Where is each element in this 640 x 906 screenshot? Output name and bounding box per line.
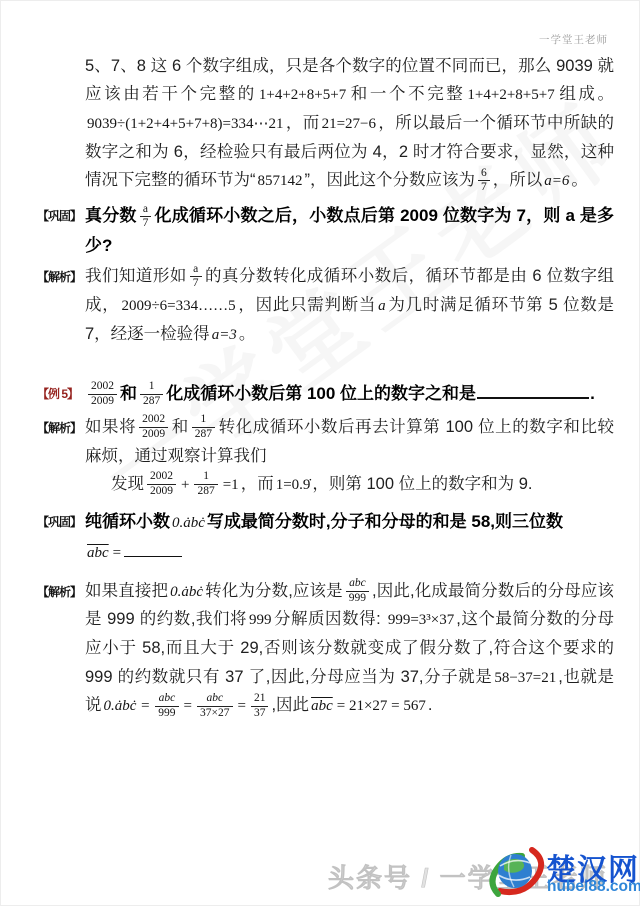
math-expression: 857142 [256,173,305,189]
fraction-denominator: 2009 [147,485,176,499]
solution-label: 【解析】 [37,582,81,603]
site-url: hubei88.com [547,878,640,896]
body-text: 和一个不完整 [348,85,465,103]
body-text: 转化为分数,应该是 [205,582,343,600]
fraction-denominator: 999 [155,707,178,721]
body-text: ，因此只需判断当 [238,296,376,314]
math-expression: a=6 [542,173,571,189]
solution-text-part1: 如果将20022009和1287转化成循环小数后再去计算第 100 位上的数字和… [85,413,614,470]
fraction-numerator: 6 [478,167,490,182]
page-header-author: 一学堂王老师 [539,32,608,47]
fraction-numerator: abc [155,692,178,707]
fraction: a7 [190,263,202,292]
fraction-denominator: 37 [251,707,269,721]
fraction-denominator: 7 [190,277,202,291]
fraction: abc37×27 [197,692,233,721]
math-expression: 2009÷6=334……5 [119,298,237,314]
body-text: ，所以 [493,171,543,189]
fraction-numerator: a [140,203,152,218]
fraction-numerator: 1 [194,470,217,485]
fraction: 1287 [192,413,215,442]
fraction: 1287 [194,470,217,499]
fraction: abc999 [155,692,178,721]
solution-label: 【解析】 [37,267,81,288]
solution-paragraph-1: 【解析】 我们知道形如a7的真分数转化成循环小数后，循环节都是由 6 位数字组成… [37,262,614,349]
fraction-denominator: 287 [194,485,217,499]
overline-number: abc [85,545,111,561]
problem-text: . [590,384,595,403]
answer-blank [477,382,589,399]
fraction-numerator: 2002 [139,413,168,428]
fraction-denominator: 2009 [139,428,168,442]
practice-label: 【巩固】 [37,206,81,227]
fraction-denominator: 287 [192,428,215,442]
math-expression: 1+4+2+8+5+7 [257,87,348,103]
math-expression: 1=0.9̇ [274,477,313,493]
practice-problem-2: 【巩固】 纯循环小数0.ȧbċ写成最简分数时,分子和分母的和是 58,则三位数 … [37,507,614,567]
fraction-numerator: abc [197,692,233,707]
fraction-numerator: abc [346,577,369,592]
body-text: 。 [239,325,256,343]
body-text: 组成。 [557,85,614,103]
math-expression: a=3 [210,327,239,343]
site-logo-globe-icon [486,844,548,904]
repeating-decimal-notation: 0.ȧbċ = [102,698,153,714]
body-text: 我们知道形如 [85,267,187,285]
solution-paragraph-2: 【解析】 如果将20022009和1287转化成循环小数后再去计算第 100 位… [37,413,614,499]
body-text: 分解质因数得: [273,610,385,628]
answer-blank [124,541,182,557]
body-text: ”，因此这个分数应该为 [305,171,476,189]
problem-text-line2: abc= [85,537,614,567]
math-operator: + [179,477,191,493]
fraction: a7 [140,203,152,232]
math-expression: =1 [221,477,241,493]
body-text: 和 [171,418,189,436]
solution-continuation-paragraph: 5、7、8 这 6 个数字组成，只是各个数字的位置不同而已，那么 9039 就应… [37,52,614,195]
body-text: 如果将 [85,418,136,436]
fraction-denominator: 999 [346,592,369,606]
body-text: . [428,696,433,714]
fraction-numerator: 1 [192,413,215,428]
problem-text: 写成最简分数时,分子和分母的和是 58,则三位数 [207,512,563,531]
solution-text-part2: 发现20022009+1287=1，而1=0.9̇，则第 100 位上的数字和为… [111,470,614,499]
math-operator: = [236,698,248,714]
repeating-decimal-notation: 0.ȧbċ [168,584,205,600]
document-content: 5、7、8 这 6 个数字组成，只是各个数字的位置不同而已，那么 9039 就应… [37,52,614,720]
overline-number: abc [309,698,335,714]
math-operator: = [111,545,123,561]
fraction-numerator: 1 [140,380,163,395]
fraction: 20022009 [139,413,168,442]
fraction: 1287 [140,380,163,409]
problem-text: 化成循环小数后第 100 位上的数字之和是 [166,384,476,403]
math-number: 999 [247,612,274,628]
fraction-denominator: 7 [140,217,152,231]
fraction: 20022009 [147,470,176,499]
fraction: abc999 [346,577,369,606]
body-text: 发现 [111,475,144,493]
problem-text-line1: 纯循环小数0.ȧbċ写成最简分数时,分子和分母的和是 58,则三位数 [85,507,614,537]
fraction-denominator: 2009 [88,395,117,409]
math-expression: 21=27−6 [320,116,378,132]
fraction-denominator: 7 [478,181,490,195]
fraction: 2137 [251,692,269,721]
math-expression: 999=3³×37 [386,612,456,628]
math-expression: 1+4+2+8+5+7 [465,87,556,103]
fraction-numerator: 2002 [88,380,117,395]
fraction-denominator: 287 [140,395,163,409]
fraction: 67 [478,167,490,196]
fraction-denominator: 37×27 [197,707,233,721]
solution-paragraph-3: 【解析】 如果直接把0.ȧbċ转化为分数,应该是abc999,因此,化成最简分数… [37,577,614,721]
example-problem-5: 【例 5】 20022009和1287化成循环小数后第 100 位上的数字之和是… [37,379,614,409]
math-operator: = [182,698,194,714]
page-footer: 头条号 / 一学堂王老师 楚汉网 hubei88.com [0,842,640,906]
example-label: 【例 5】 [37,384,78,405]
problem-text: 纯循环小数 [85,512,170,531]
fraction: 20022009 [88,380,117,409]
fraction-numerator: 21 [251,692,269,707]
solution-label: 【解析】 [37,418,81,439]
document-page: 一学堂王老师 一学堂王老师 5、7、8 这 6 个数字组成，只是各个数字的位置不… [0,0,640,906]
body-text: ，而 [285,114,319,132]
problem-text: 真分数 [85,206,137,225]
problem-text: 化成循环小数之后，小数点后第 2009 位数字为 7，则 a 是多少? [85,206,614,255]
fraction-numerator: 2002 [147,470,176,485]
math-variable: a [376,298,388,314]
math-expression: 58−37=21 [492,670,558,686]
fraction-numerator: a [190,263,202,278]
problem-text: 和 [120,384,137,403]
body-text: ，则第 100 位上的数字和为 9. [312,475,532,493]
practice-problem-1: 【巩固】 真分数a7化成循环小数之后，小数点后第 2009 位数字为 7，则 a… [37,201,614,260]
body-text: 如果直接把 [85,582,168,600]
math-expression: 9039÷(1+2+4+5+7+8)=334⋯21 [85,116,285,132]
body-text: 。 [571,171,588,189]
body-text: ,因此 [271,696,309,714]
math-expression: = 21×27 = 567 [335,698,428,714]
body-text: ，而 [241,475,274,493]
practice-label: 【巩固】 [37,512,81,533]
repeating-decimal-notation: 0.ȧbċ [170,515,207,531]
